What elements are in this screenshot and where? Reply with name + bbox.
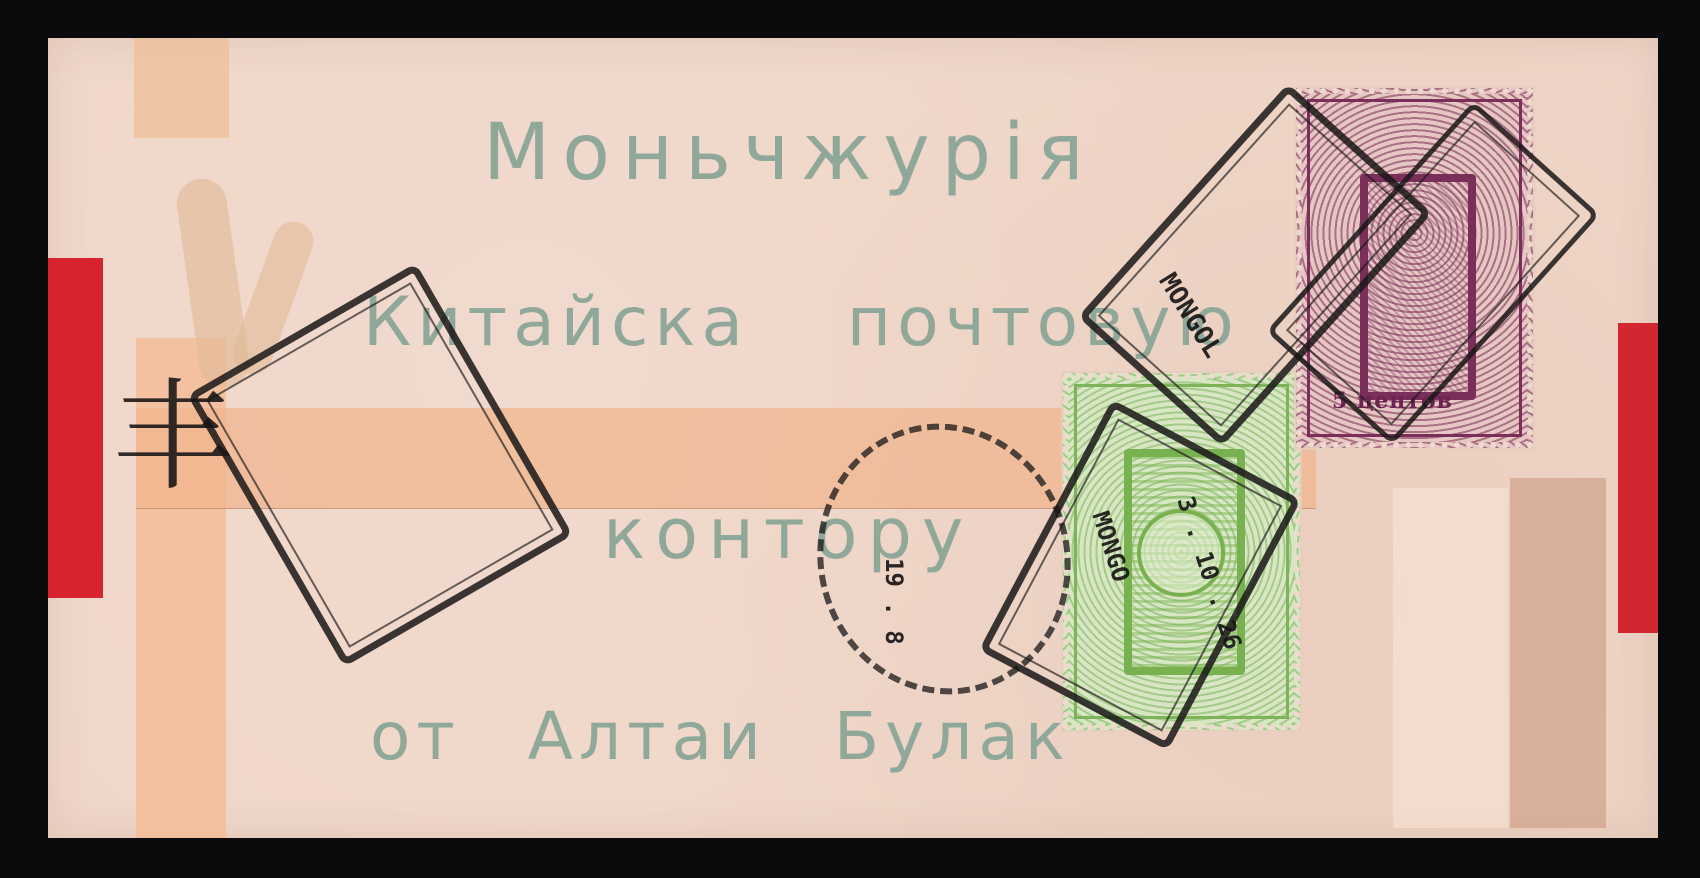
address-line-4: от Алтаи Булак <box>370 698 1071 775</box>
postal-cover: Моньчжурія Китайска почтовую контору от … <box>48 38 1658 838</box>
registration-label-right <box>1618 323 1658 633</box>
address-line-1: Моньчжурія <box>483 108 1096 198</box>
tape-strip <box>1510 478 1606 828</box>
postmark-date: 19 . 8 <box>880 558 908 645</box>
registration-label-left <box>48 258 103 598</box>
tape-strip <box>1393 488 1508 828</box>
tape-strip <box>134 38 229 138</box>
